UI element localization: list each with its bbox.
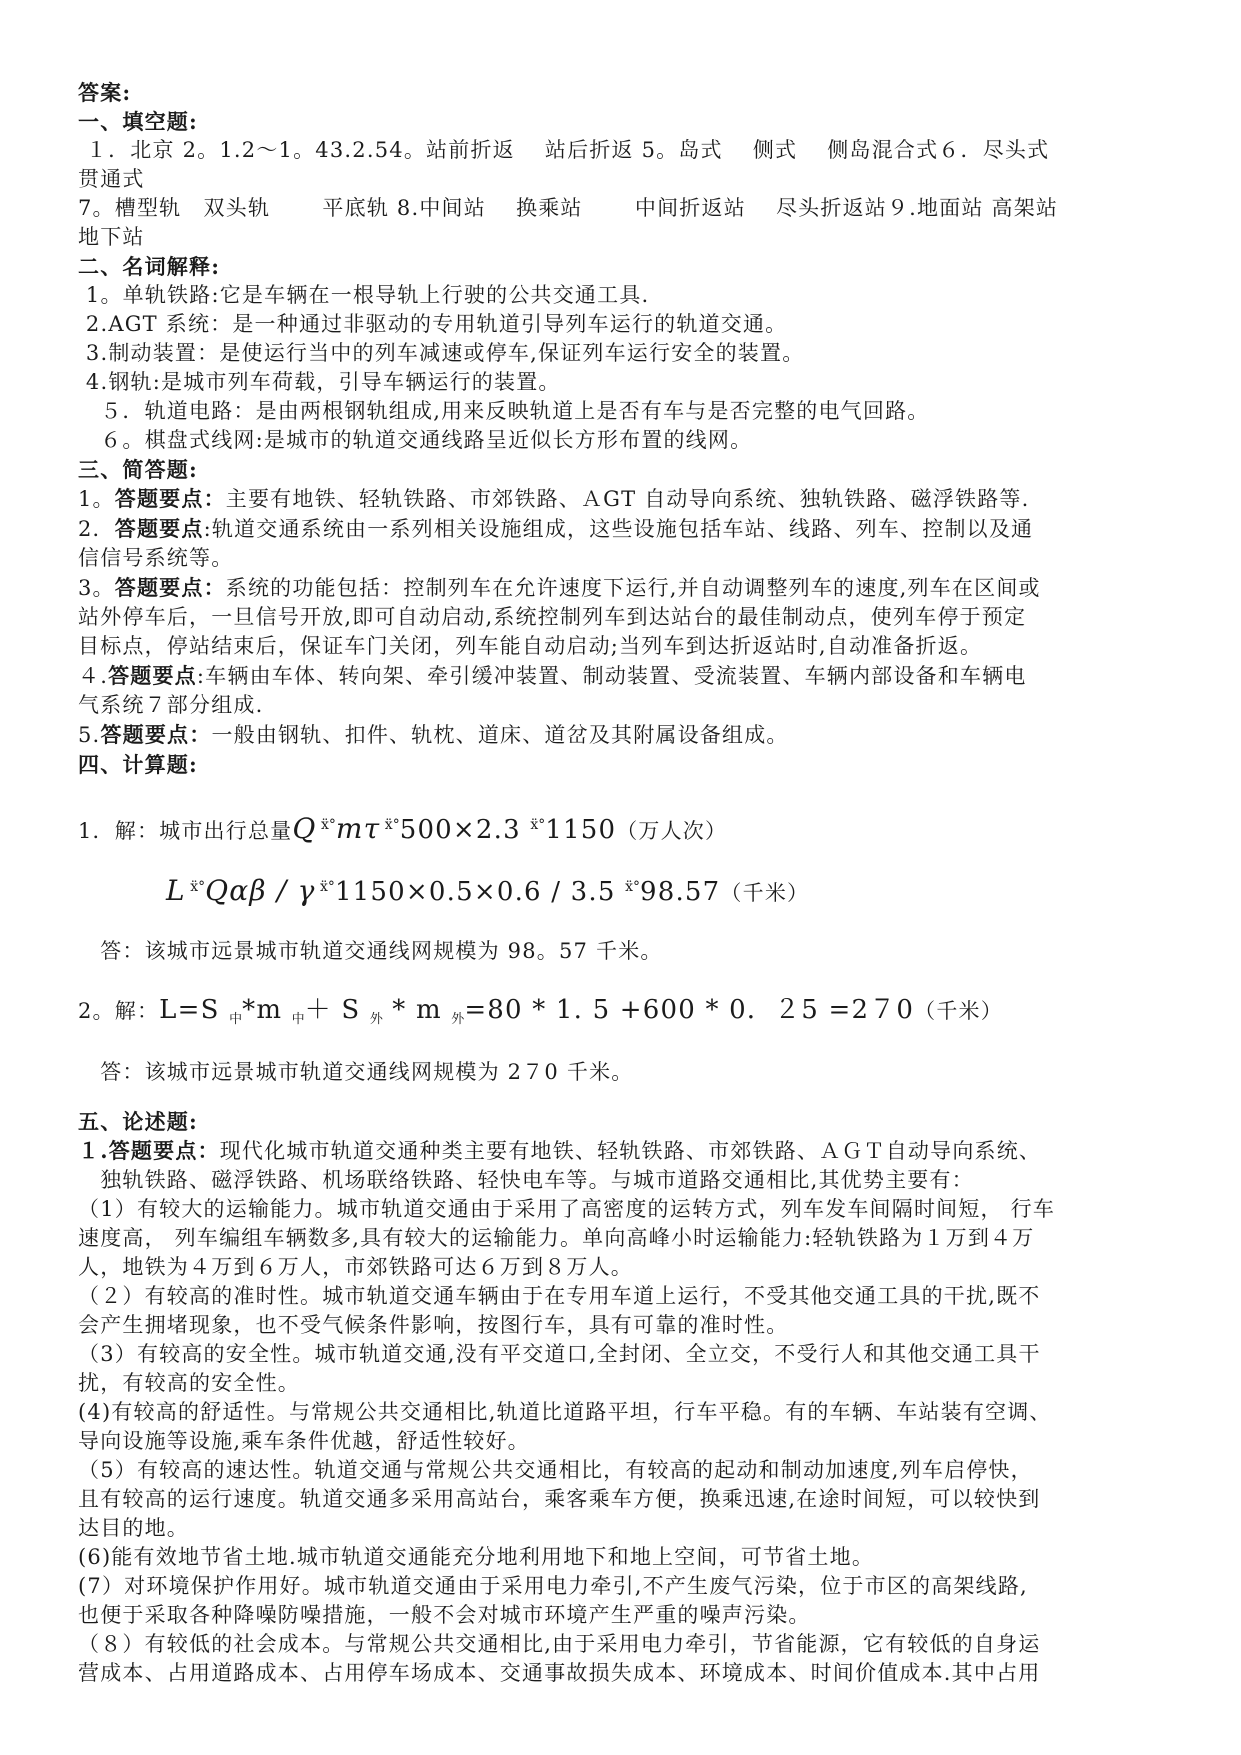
term-definition: ６。棋盘式线网:是城市的轨道交通线路呈近似长方形布置的线网。: [78, 426, 1171, 455]
essay-point: (6)能有效地节省土地.城市轨道交通能充分地利用地下和地上空间，可节省土地。: [78, 1543, 1171, 1572]
short-answer-item: 1。答题要点：主要有地铁、轻轨铁路、市郊铁路、ＡGT 自动导向系统、独轨铁路、磁…: [78, 484, 1171, 514]
short-answer-item: 5.答题要点：一般由钢轨、扣件、轨枕、道床、道岔及其附属设备组成。: [78, 720, 1171, 750]
essay-answer-item: １.答题要点：现代化城市轨道交通种类主要有地铁、轻轨铁路、市郊铁路、ＡＧＴ自动导…: [78, 1136, 1171, 1195]
item-number: 1。: [78, 487, 115, 511]
term-definition: 4.钢轨:是城市列车荷载，引导车辆运行的装置。: [78, 368, 1171, 397]
calculation-1-formula-line-1: 1．解：城市出行总量Q ẍ°mτ ẍ°500×2.3 ẍ°1150（万人次）: [78, 801, 1171, 855]
short-answer-item: 2．答题要点:轨道交通系统由一系列相关设施组成，这些设施包括车站、线路、列车、控…: [78, 514, 1171, 573]
calculation-1-formula-line-2: L ẍ°Qαβ / γ ẍ°1150×0.5×0.6 / 3.5 ẍ°98.57…: [166, 863, 1171, 917]
term-definition: 3.制动装置：是使运行当中的列车减速或停车,保证列车运行安全的装置。: [78, 339, 1171, 368]
short-answer-item: ４.答题要点:车辆由车体、转向架、牵引缓冲装置、制动装置、受流装置、车辆内部设备…: [78, 661, 1171, 720]
section2-heading: 二、名词解释:: [78, 252, 1171, 281]
essay-point: (7）对环境保护作用好。城市轨道交通由于采用电力牵引,不产生废气污染，位于市区的…: [78, 1572, 1171, 1630]
calculation-2-formula-line: 2。解：L=S 中*m 中＋ S 外 * m 外=80 * 1. 5 +600 …: [78, 992, 1171, 1038]
item-number: 2．: [78, 517, 115, 541]
short-answer-item: 3。答题要点：系统的功能包括：控制列车在允许速度下运行,并自动调整列车的速度,列…: [78, 573, 1171, 661]
answer-text: 一般由钢轨、扣件、轨枕、道床、道岔及其附属设备组成。: [211, 723, 788, 747]
answer-key-label: 答题要点：: [100, 722, 211, 747]
item-number: １.: [78, 1138, 109, 1163]
item-number: ４.: [78, 664, 108, 688]
answer-key-label: 答题要点: [108, 663, 197, 688]
answer-text: 主要有地铁、轻轨铁路、市郊铁路、ＡGT 自动导向系统、独轨铁路、磁浮铁路等.: [226, 487, 1030, 511]
essay-point: （3）有较高的安全性。城市轨道交通,没有平交道口,全封闭、全立交，不受行人和其他…: [78, 1340, 1171, 1398]
essay-point: （5）有较高的速达性。轨道交通与常规公共交通相比，有较高的起动和制动加速度,列车…: [78, 1456, 1171, 1543]
answer-key-label: 答题要点：: [115, 575, 226, 600]
answer-key-label: 答题要点: [115, 516, 204, 541]
essay-point: （８）有较低的社会成本。与常规公共交通相比,由于采用电力牵引，节省能源，它有较低…: [78, 1630, 1171, 1688]
section1-heading: 一、填空题:: [78, 107, 1171, 136]
item-number: 5.: [78, 723, 100, 747]
essay-point: （２）有较高的准时性。城市轨道交通车辆由于在专用车道上运行，不受其他交通工具的干…: [78, 1282, 1171, 1340]
essay-point: （1）有较大的运输能力。城市轨道交通由于采用了高密度的运转方式，列车发车间隔时间…: [78, 1195, 1171, 1282]
answer-key-label: 答题要点：: [115, 486, 226, 511]
calculation-1-answer: 答：该城市远景城市轨道交通线网规模为 98。57 千米。: [78, 937, 1171, 966]
section3-heading: 三、简答题:: [78, 455, 1171, 484]
section4-heading: 四、计算题:: [78, 750, 1171, 779]
essay-point: (4)有较高的舒适性。与常规公共交通相比,轨道比道路平坦，行车平稳。有的车辆、车…: [78, 1398, 1171, 1456]
document-page: 答案: 一、填空题: １．北京 2。1.2～1。43.2.54。站前折返 站后折…: [0, 0, 1241, 1755]
answer-text: :车辆由车体、转向架、牵引缓冲装置、制动装置、受流装置、车辆内部设备和车辆电 气…: [78, 664, 1027, 717]
item-number: 3。: [78, 576, 115, 600]
doc-title: 答案:: [78, 78, 1171, 107]
fill-blank-line-2: 7。槽型轨 双头轨 平底轨 8.中间站 换乘站 中间折返站 尽头折返站９.地面站…: [78, 194, 1171, 252]
term-definition: ５．轨道电路：是由两根钢轨组成,用来反映轨道上是否有车与是否完整的电气回路。: [78, 397, 1171, 426]
term-definition: 1。单轨铁路:它是车辆在一根导轨上行驶的公共交通工具.: [78, 281, 1171, 310]
term-definition: 2.AGT 系统：是一种通过非驱动的专用轨道引导列车运行的轨道交通。: [78, 310, 1171, 339]
answer-text: :轨道交通系统由一系列相关设施组成，这些设施包括车站、线路、列车、控制以及通 信…: [78, 517, 1033, 570]
answer-key-label: 答题要点：: [109, 1138, 220, 1163]
section5-heading: 五、论述题:: [78, 1107, 1171, 1136]
answer-text: 现代化城市轨道交通种类主要有地铁、轻轨铁路、市郊铁路、ＡＧＴ自动导向系统、 独轨…: [78, 1139, 1041, 1192]
fill-blank-line-1: １．北京 2。1.2～1。43.2.54。站前折返 站后折返 5。岛式 侧式 侧…: [78, 136, 1171, 194]
calculation-2-answer: 答：该城市远景城市轨道交通线网规模为 2７0 千米。: [78, 1058, 1171, 1087]
